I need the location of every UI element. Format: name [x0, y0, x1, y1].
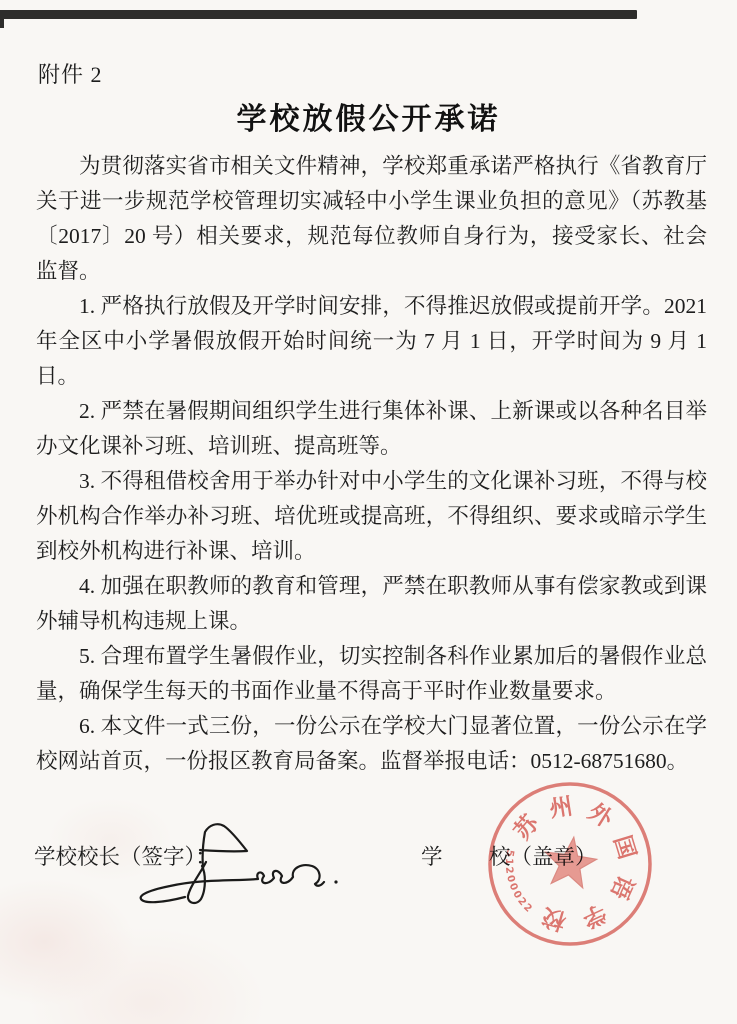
page-title: 学校放假公开承诺	[0, 94, 737, 138]
item-1-paragraph: 1. 严格执行放假及开学时间安排，不得推迟放假或提前开学。2021 年全区中小学…	[36, 289, 707, 394]
scanned-document-page: 附件 2 学校放假公开承诺 为贯彻落实省市相关文件精神，学校郑重承诺严格执行《省…	[0, 0, 737, 1024]
principal-handwritten-signature	[125, 815, 350, 910]
school-seal-label-left: 学	[421, 840, 443, 871]
star-icon	[546, 837, 597, 888]
seal-char-3: 国	[609, 833, 640, 862]
seal-char-1: 州	[548, 794, 575, 822]
item-5-paragraph: 5. 合理布置学生暑假作业，切实控制各科作业累加后的暑假作业总量，确保学生每天的…	[36, 639, 707, 709]
item-6-paragraph: 6. 本文件一式三份，一份公示在学校大门显著位置，一份公示在学校网站首页，一份报…	[36, 709, 707, 779]
seal-char-5: 学	[578, 899, 610, 932]
signature-flag-stroke	[200, 824, 247, 868]
school-seal-stamp: 苏 州 外 国 语 学 校 5120002216	[486, 780, 654, 948]
intro-paragraph: 为贯彻落实省市相关文件精神，学校郑重承诺严格执行《省教育厅关于进一步规范学校管理…	[36, 149, 707, 289]
seal-char-4: 语	[606, 872, 638, 903]
item-3-paragraph: 3. 不得租借校舍用于举办针对中小学生的文化课补习班，不得与校外机构合作举办补习…	[36, 464, 707, 569]
attachment-label: 附件 2	[38, 58, 103, 89]
seal-char-0: 苏	[509, 809, 544, 844]
item-4-paragraph: 4. 加强在职教师的教育和管理，严禁在职教师从事有偿家教或到课外辅导机构违规上课…	[36, 569, 707, 639]
seal-char-6: 校	[539, 903, 569, 935]
document-body: 为贯彻落实省市相关文件精神，学校郑重承诺严格执行《省教育厅关于进一步规范学校管理…	[36, 149, 707, 779]
scan-artifact-tick	[0, 10, 4, 28]
seal-char-2: 外	[584, 799, 618, 833]
scan-artifact-bar	[0, 10, 637, 19]
item-2-paragraph: 2. 严禁在暑假期间组织学生进行集体补课、上新课或以各种名目举办文化课补习班、培…	[36, 394, 707, 464]
signature-ink-dot	[334, 880, 337, 883]
signature-sweep-stroke	[141, 865, 324, 902]
